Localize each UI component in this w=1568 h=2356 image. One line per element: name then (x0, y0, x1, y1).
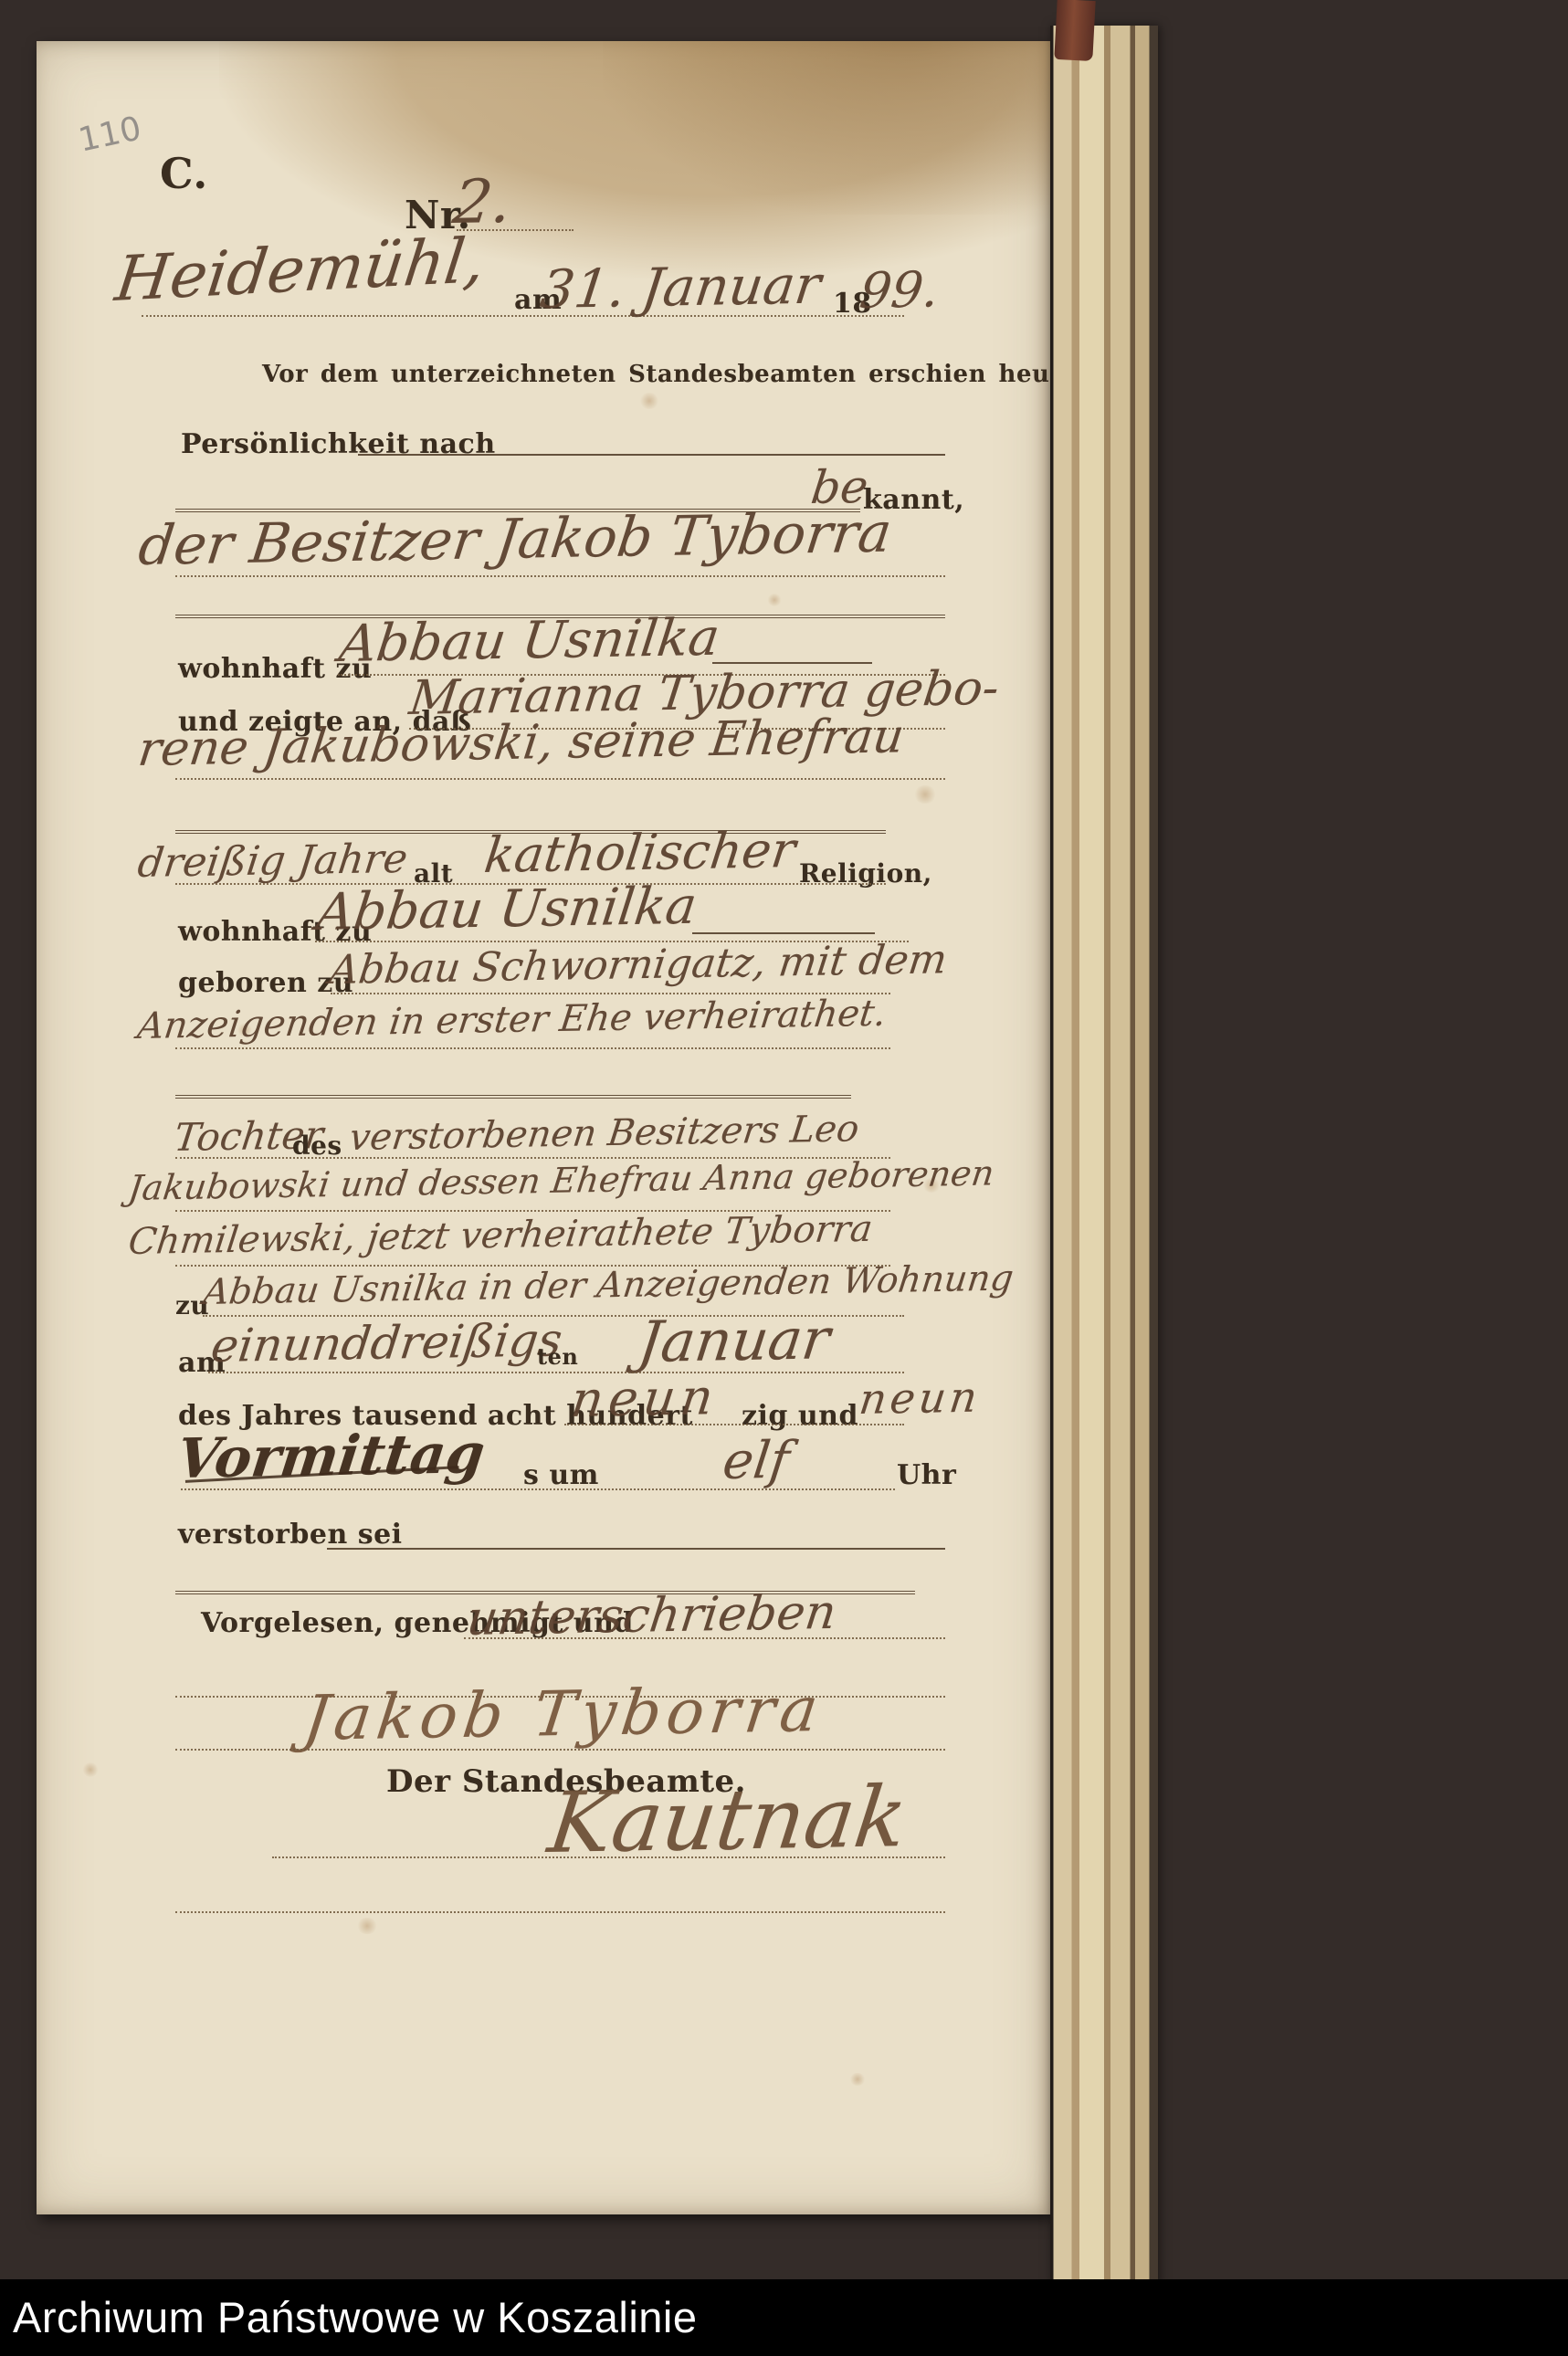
ruled-line (564, 1392, 904, 1425)
ruled-line (175, 1717, 945, 1751)
foxing-spot (913, 785, 937, 804)
ruled-line (464, 1605, 945, 1639)
foxing-spot (849, 2073, 866, 2086)
ruled-line (175, 1064, 851, 1099)
section-letter: C. (160, 149, 208, 198)
pencil-page-number: 110 (75, 110, 144, 159)
water-stain-dark (603, 41, 1050, 215)
foxing-spot (82, 1762, 99, 1777)
foxing-spot (356, 1918, 378, 1934)
book-fore-edge (1050, 26, 1158, 2285)
ruled-line (712, 631, 872, 664)
ruled-line (208, 1340, 904, 1373)
certificate-page: 110 C. Nr. 2. Heidemühl, am 31. Januar 1… (37, 41, 1050, 2214)
ruled-line (358, 425, 945, 456)
ruled-line (175, 1178, 890, 1212)
ruled-line (175, 543, 945, 577)
archive-scan-viewer: { "colors": { "background": "#342c29", "… (0, 0, 1568, 2356)
foxing-spot (639, 393, 659, 409)
written-year-99: 99. (857, 261, 942, 320)
ruled-line (331, 961, 890, 994)
intro-line: Vor dem unterzeichneten Standesbeamten e… (262, 361, 1050, 388)
ruled-line (327, 1517, 945, 1550)
ruled-line (175, 746, 945, 780)
archive-name-label: Archiwum Państwowe w Koszalinie (13, 2292, 698, 2342)
geboren-zu: geboren zu (178, 967, 353, 999)
ruled-line (175, 1015, 890, 1049)
ruled-line (175, 1125, 890, 1159)
record-date: 31. Januar (537, 254, 825, 321)
ruled-line (692, 901, 875, 934)
ruled-line (175, 1879, 945, 1913)
ruled-line (272, 1825, 945, 1858)
archive-watermark-bar: Archiwum Państwowe w Koszalinie (0, 2279, 1568, 2356)
bookmark-ribbon (1054, 0, 1095, 61)
printed-uhr: Uhr (897, 1459, 956, 1491)
ruled-line (181, 1457, 895, 1490)
